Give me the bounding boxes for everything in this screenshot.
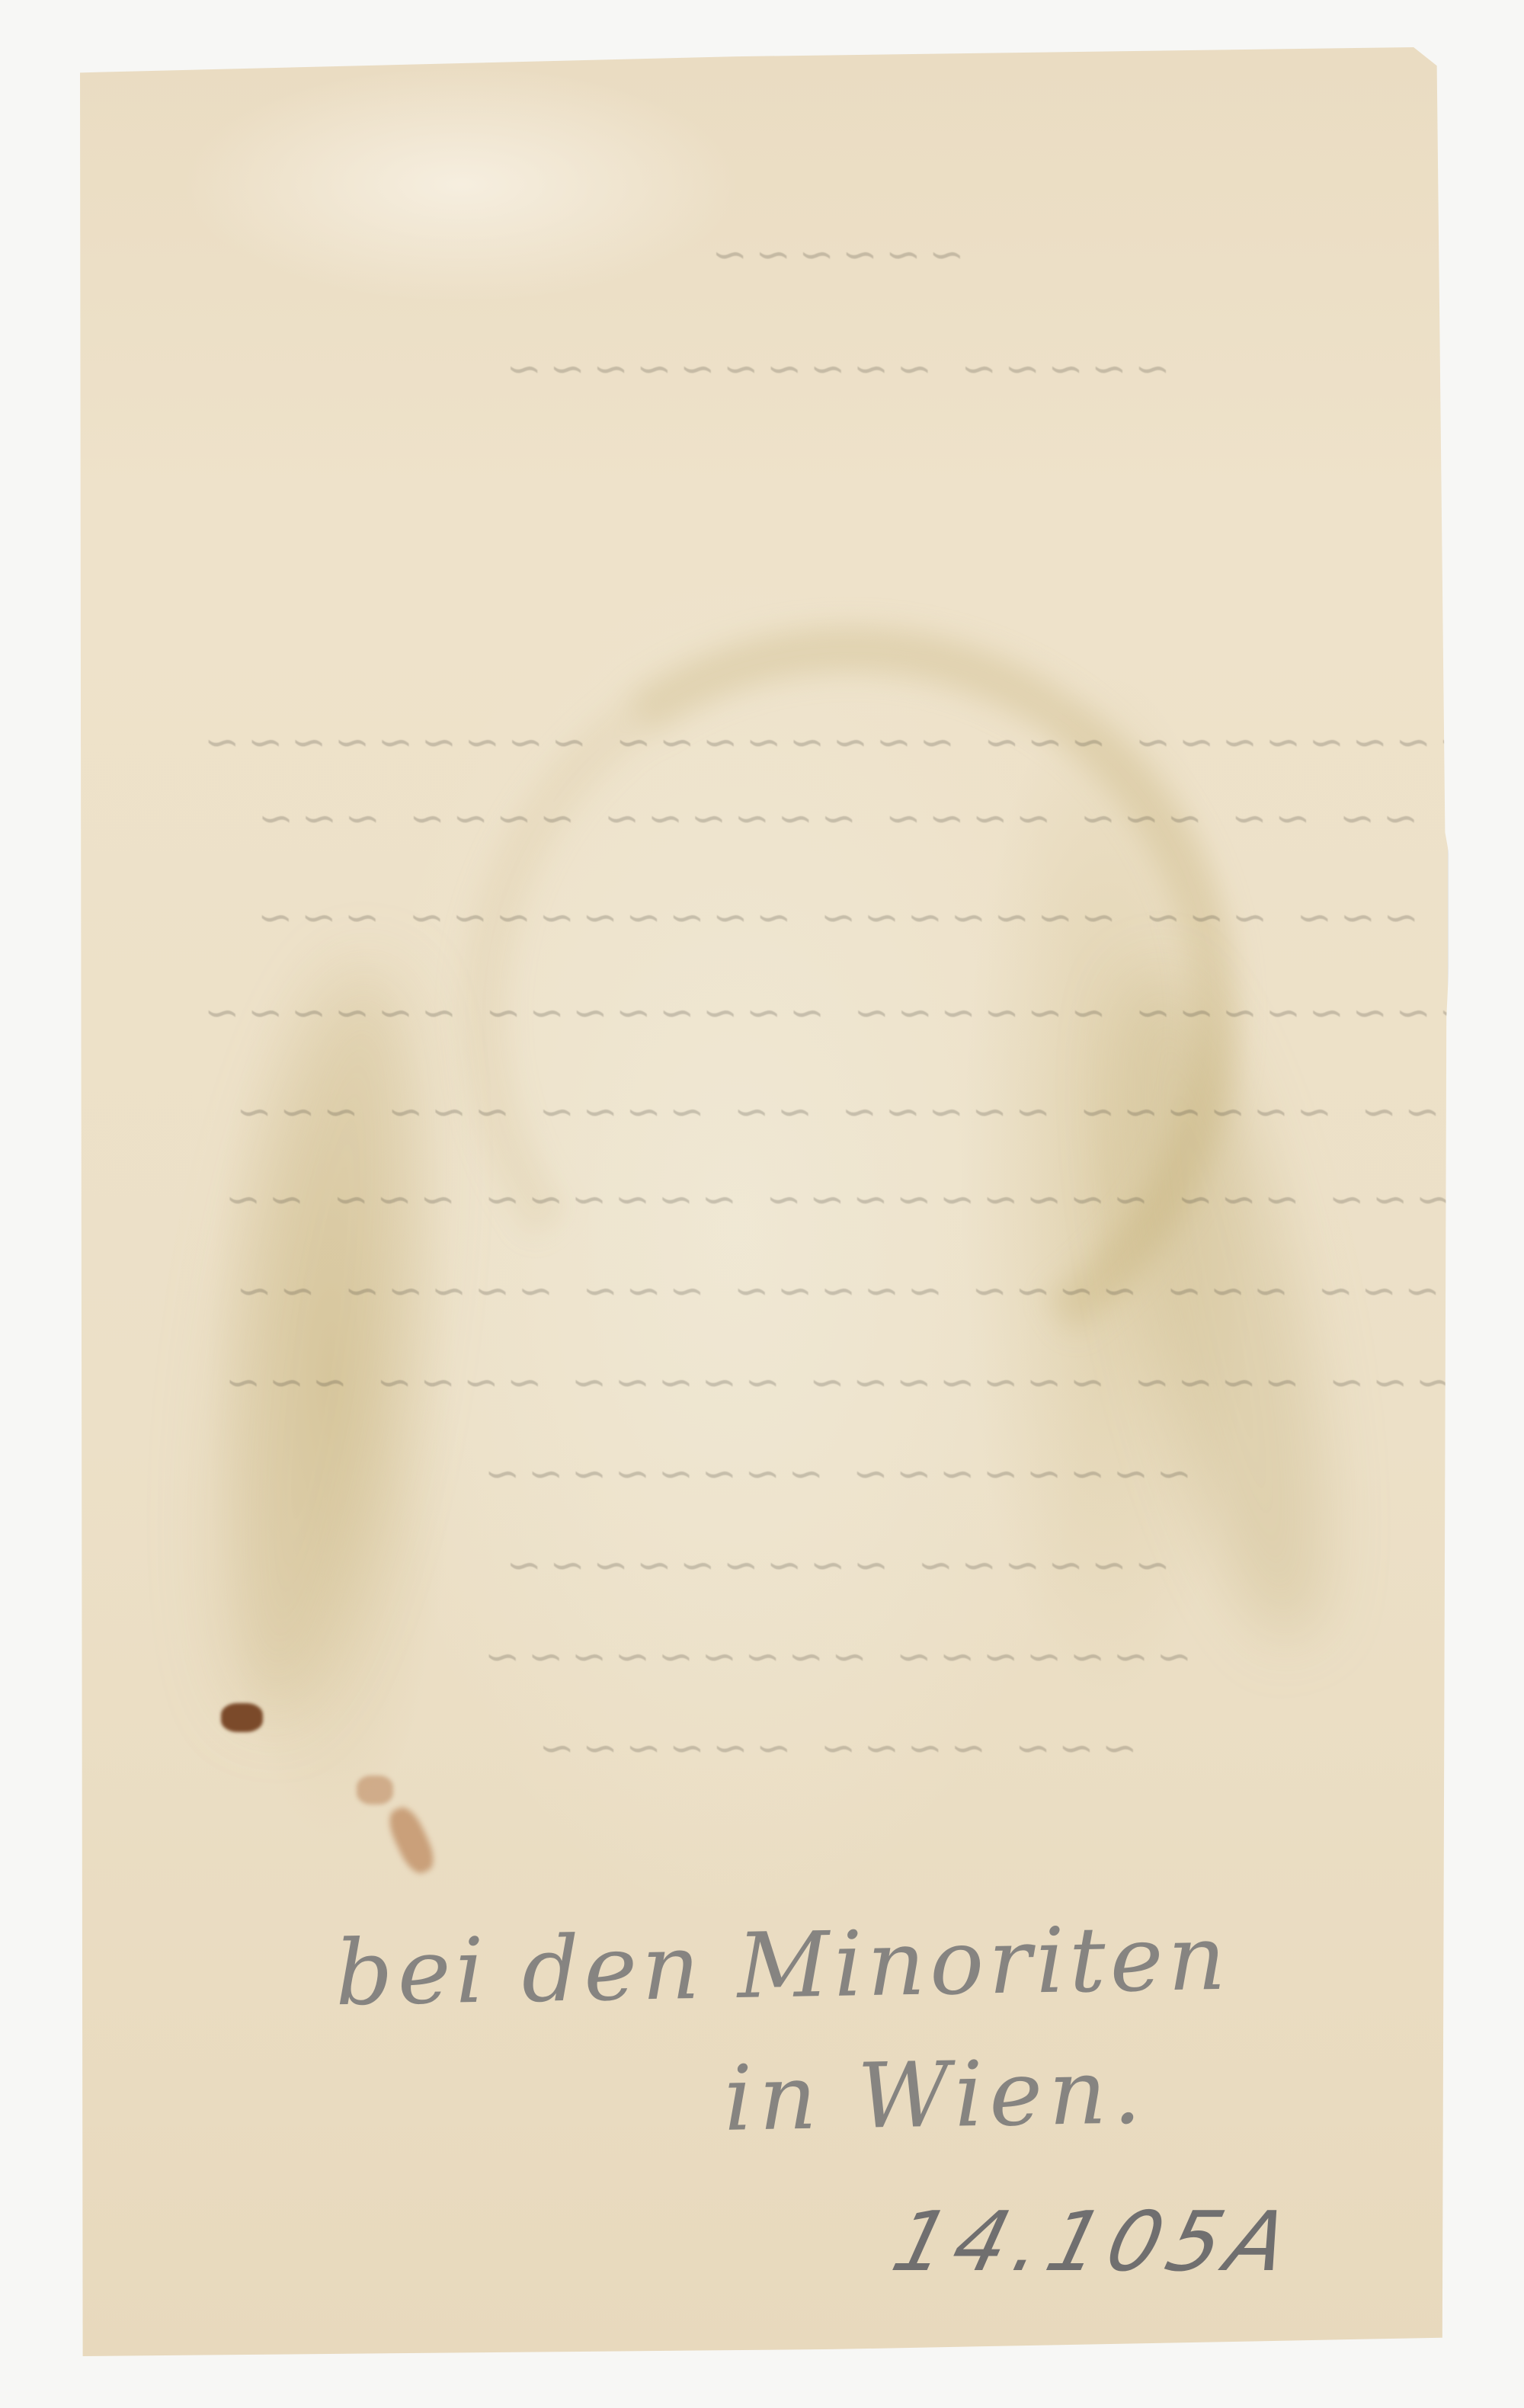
show-through-text-line: ~~~ ~~~ ~~~~~~~ ~~~~~~~~~ ~~~	[194, 893, 1474, 943]
rust-stain	[357, 1776, 393, 1804]
show-through-text-line: ~~~~~ ~~~~~~~~~~	[194, 344, 1474, 394]
show-through-text-line: ~~~ ~~~ ~~~~ ~~~~~ ~~~ ~~~~~ ~~	[194, 1266, 1474, 1316]
pencil-annotation-line2: in Wien.	[723, 2038, 1148, 2151]
show-through-text-line: ~~~~~~~~ ~~~ ~~~~~~~~ ~~~~~~~~~~	[194, 718, 1474, 767]
pencil-annotation-line1: bei den Minoriten	[335, 1905, 1231, 2025]
show-through-text-line: ~~ ~~~~~~ ~~~~~ ~~ ~~~~ ~~~ ~~~	[194, 1087, 1474, 1137]
show-through-text-line: ~~~~~~~~ ~~~~~~~~	[194, 1449, 1474, 1499]
show-through-text-line: ~~~~~~~ ~~~~~~~~~	[194, 1632, 1474, 1682]
show-through-text-line: ~~~~~~ ~~~~~~~~~	[194, 1541, 1474, 1590]
rust-stain	[221, 1703, 263, 1732]
show-through-text-line: ~~~ ~~~~ ~~~~~~~ ~~~~~ ~~~~ ~~~	[194, 1358, 1474, 1407]
show-through-text-line: ~~ ~~ ~~~ ~~~~ ~~~~~~ ~~~~ ~~~	[194, 794, 1474, 844]
show-through-text-line: ~~~~~~	[194, 230, 1474, 280]
water-stain-left	[181, 953, 460, 1732]
show-through-text-line: ~~~ ~~~ ~~~~~~~~~ ~~~~~~ ~~~ ~~	[194, 1175, 1474, 1225]
show-through-text-line: ~~~~~~~~ ~~~~~~ ~~~~~~~~ ~~~~~~~	[194, 988, 1474, 1038]
scan-background: ~~~~~~ ~~~~~ ~~~~~~~~~~ ~~~~~~~~ ~~~ ~~~…	[0, 0, 1524, 2408]
show-through-text-line: ~~~ ~~~~ ~~~~~~	[194, 1724, 1474, 1773]
inventory-number: 14.105A	[883, 2195, 1305, 2290]
